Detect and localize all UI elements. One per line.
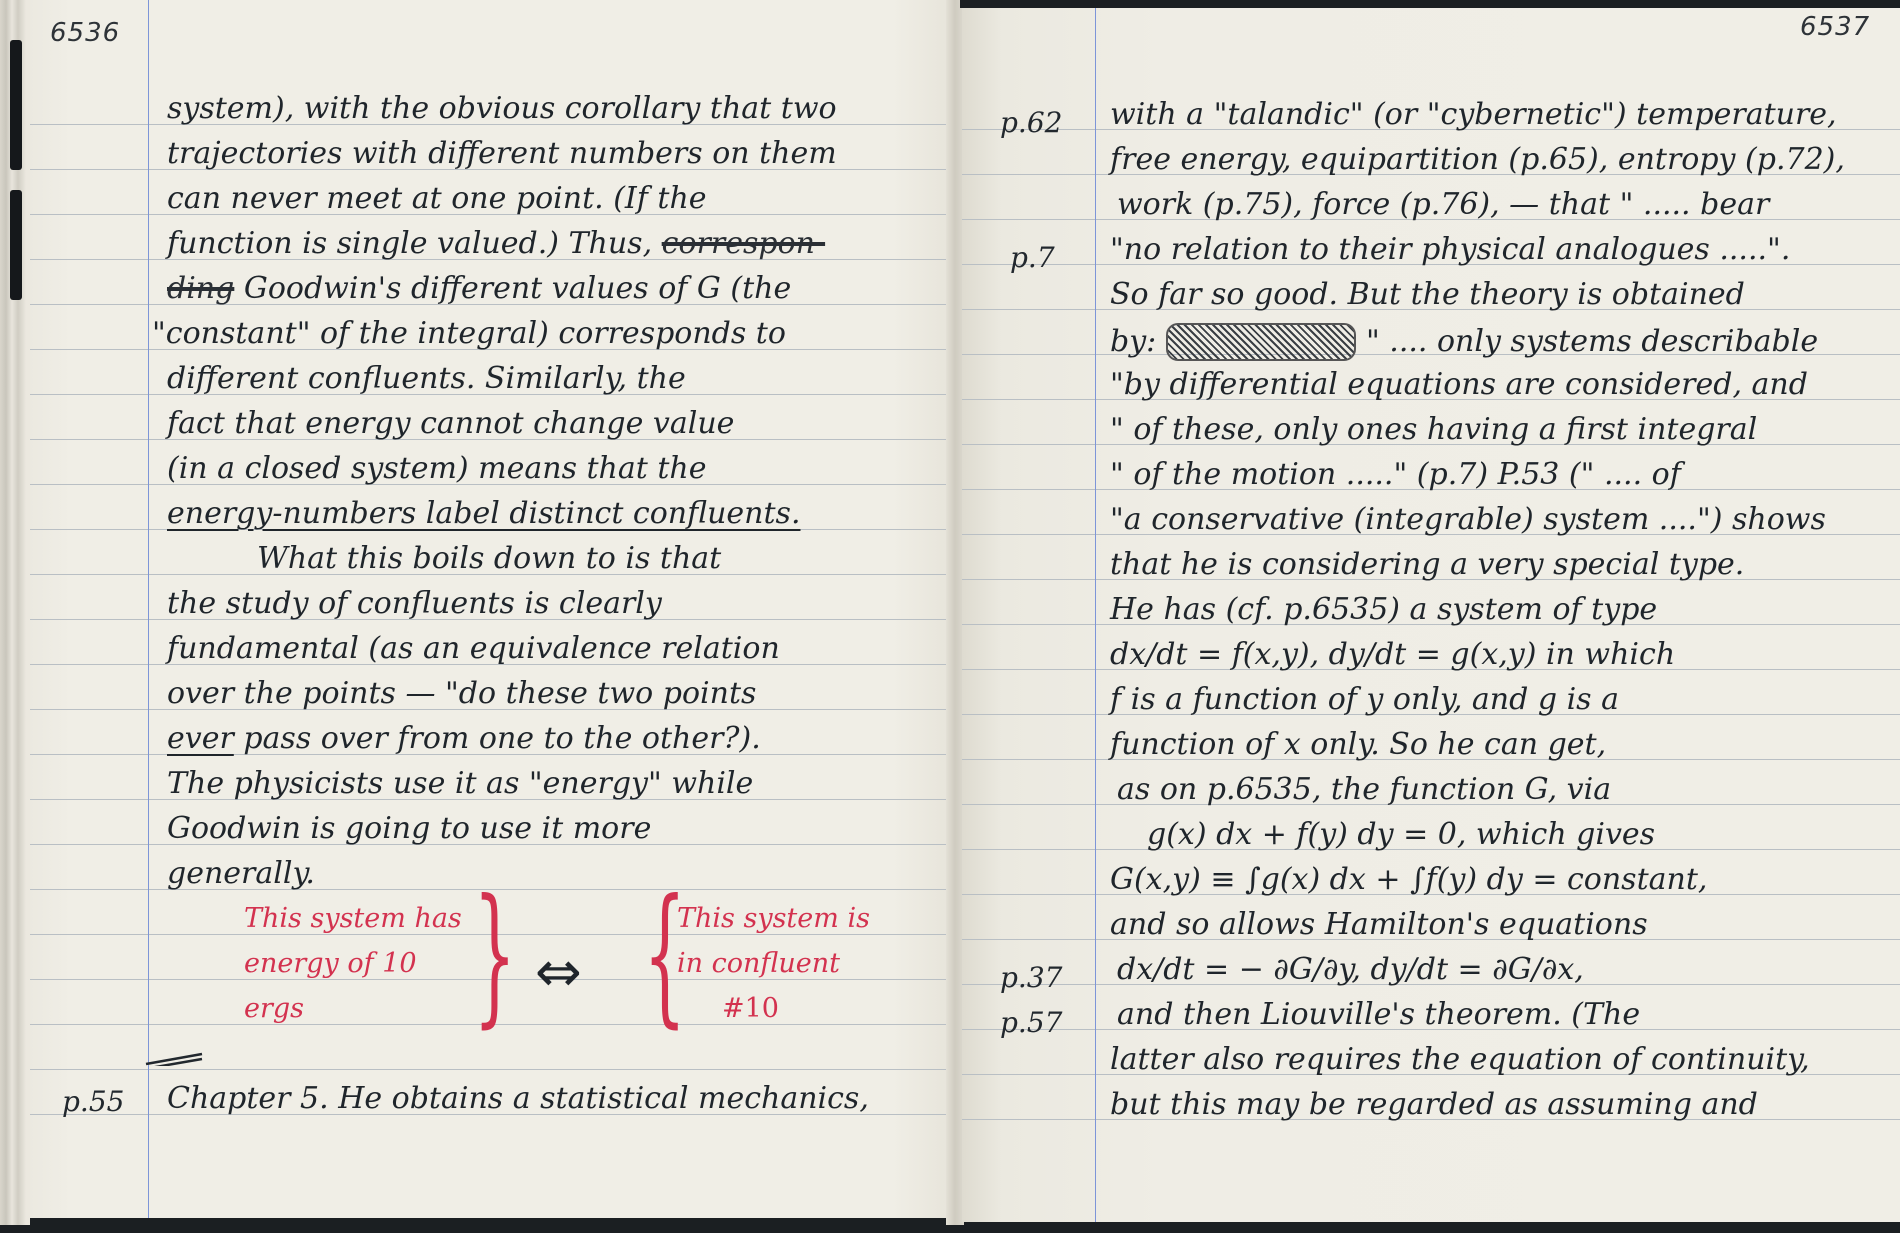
margin-line	[148, 0, 149, 1218]
text-line: that he is considering a very special ty…	[1110, 548, 1744, 582]
red-annotation-line: This system has	[244, 902, 462, 936]
page-number: 6537	[1800, 12, 1870, 42]
text-line: fact that energy cannot change value	[167, 407, 734, 441]
text-line: ever pass over from one to the other?).	[167, 722, 761, 756]
red-annotation-line: in confluent	[677, 947, 840, 981]
equation-line: G(x,y) ≡ ∫g(x) dx + ∫f(y) dy = constant,	[1110, 863, 1707, 897]
text-segment: by:	[1110, 324, 1156, 359]
left-page: 6536 system), with the obvious corollary…	[12, 0, 958, 1218]
margin-note: p.37	[1000, 961, 1062, 994]
closing-brace-icon: }	[473, 880, 516, 1030]
margin-note: p.7	[1010, 241, 1055, 274]
text-line: " of these, only ones having a first int…	[1110, 413, 1757, 447]
red-annotation-line: ergs	[244, 992, 304, 1026]
text-line: latter also requires the equation of con…	[1110, 1043, 1810, 1077]
text-segment: " .... only systems describable	[1366, 324, 1818, 359]
text-line: f is a function of y only, and g is a	[1110, 683, 1619, 717]
section-break-icon	[144, 1050, 204, 1066]
text-segment: pass over from one to the other?).	[243, 721, 760, 756]
text-line: work (p.75), force (p.76), — that " ....…	[1117, 188, 1769, 222]
iff-arrow-icon: ⇔	[535, 945, 582, 1001]
struck-word: ding	[167, 271, 234, 306]
text-line: "by differential equations are considere…	[1110, 368, 1808, 402]
text-line: and then Liouville's theorem. (The	[1117, 998, 1640, 1032]
red-annotation-line: #10	[722, 992, 779, 1026]
text-line: free energy, equipartition (p.65), entro…	[1110, 143, 1845, 177]
text-line: "a conservative (integrable) system ....…	[1110, 503, 1826, 537]
text-line: fundamental (as an equivalence relation	[167, 632, 780, 666]
margin-line	[1095, 8, 1096, 1222]
page-number: 6536	[50, 18, 120, 48]
binding-tab	[10, 40, 22, 170]
underlined-text-line: energy-numbers label distinct confluents…	[167, 497, 801, 531]
text-line: different confluents. Similarly, the	[167, 362, 686, 396]
text-line: "no relation to their physical analogues…	[1110, 233, 1790, 267]
text-line: generally.	[167, 857, 315, 891]
binding-tab	[10, 190, 22, 300]
struck-word: correspon-	[662, 226, 825, 261]
text-line: ding Goodwin's different values of G (th…	[167, 272, 791, 306]
background-edge	[960, 0, 1900, 8]
text-line: So far so good. But the theory is obtain…	[1110, 278, 1745, 312]
text-line: function is single valued.) Thus, corres…	[167, 227, 825, 261]
text-line: can never meet at one point. (If the	[167, 182, 707, 216]
red-annotation-line: energy of 10	[244, 947, 417, 981]
text-line: trajectories with different numbers on t…	[167, 137, 837, 171]
text-line: function of x only. So he can get,	[1110, 728, 1606, 762]
margin-note: p.55	[62, 1085, 124, 1118]
text-line: but this may be regarded as assuming and	[1110, 1088, 1758, 1122]
text-line: (in a closed system) means that the	[167, 452, 707, 486]
text-line: the study of confluents is clearly	[167, 587, 662, 621]
equation-line: g(x) dx + f(y) dy = 0, which gives	[1147, 818, 1655, 852]
text-line: The physicists use it as "energy" while	[167, 767, 753, 801]
text-line: as on p.6535, the function G, via	[1117, 773, 1611, 807]
margin-note: p.62	[1000, 106, 1062, 139]
notebook-binding	[0, 0, 30, 1225]
rule-line	[12, 1069, 958, 1070]
right-page: 6537 p.62 p.7 p.37 p.57 with a "talandic…	[962, 8, 1900, 1222]
underlined-word: ever	[167, 721, 234, 756]
red-annotation-line: This system is	[677, 902, 870, 936]
text-line: Goodwin is going to use it more	[167, 812, 651, 846]
text-line: and so allows Hamilton's equations	[1110, 908, 1648, 942]
text-line: over the points — "do these two points	[167, 677, 756, 711]
equation-line: dx/dt = f(x,y), dy/dt = g(x,y) in which	[1110, 638, 1675, 672]
text-line: He has (cf. p.6535) a system of type	[1110, 593, 1657, 627]
margin-note: p.57	[1000, 1006, 1062, 1039]
text-segment: Goodwin's different values of G (the	[244, 271, 791, 306]
text-line: "constant" of the integral) corresponds …	[152, 317, 786, 351]
notebook-spread: 6536 system), with the obvious corollary…	[0, 0, 1900, 1220]
text-line: system), with the obvious corollary that…	[167, 92, 837, 126]
text-line: by: considering " .... only systems desc…	[1110, 323, 1818, 361]
text-line: " of the motion ....." (p.7) P.53 (" ...…	[1110, 458, 1681, 492]
text-line: with a "talandic" (or "cybernetic") temp…	[1110, 98, 1837, 132]
scribbled-out-word: considering	[1166, 323, 1357, 361]
equation-line: dx/dt = − ∂G/∂y, dy/dt = ∂G/∂x,	[1117, 953, 1584, 987]
text-segment: function is single valued.) Thus,	[167, 226, 652, 261]
text-line: What this boils down to is that	[257, 542, 721, 576]
text-line: Chapter 5. He obtains a statistical mech…	[167, 1082, 869, 1116]
